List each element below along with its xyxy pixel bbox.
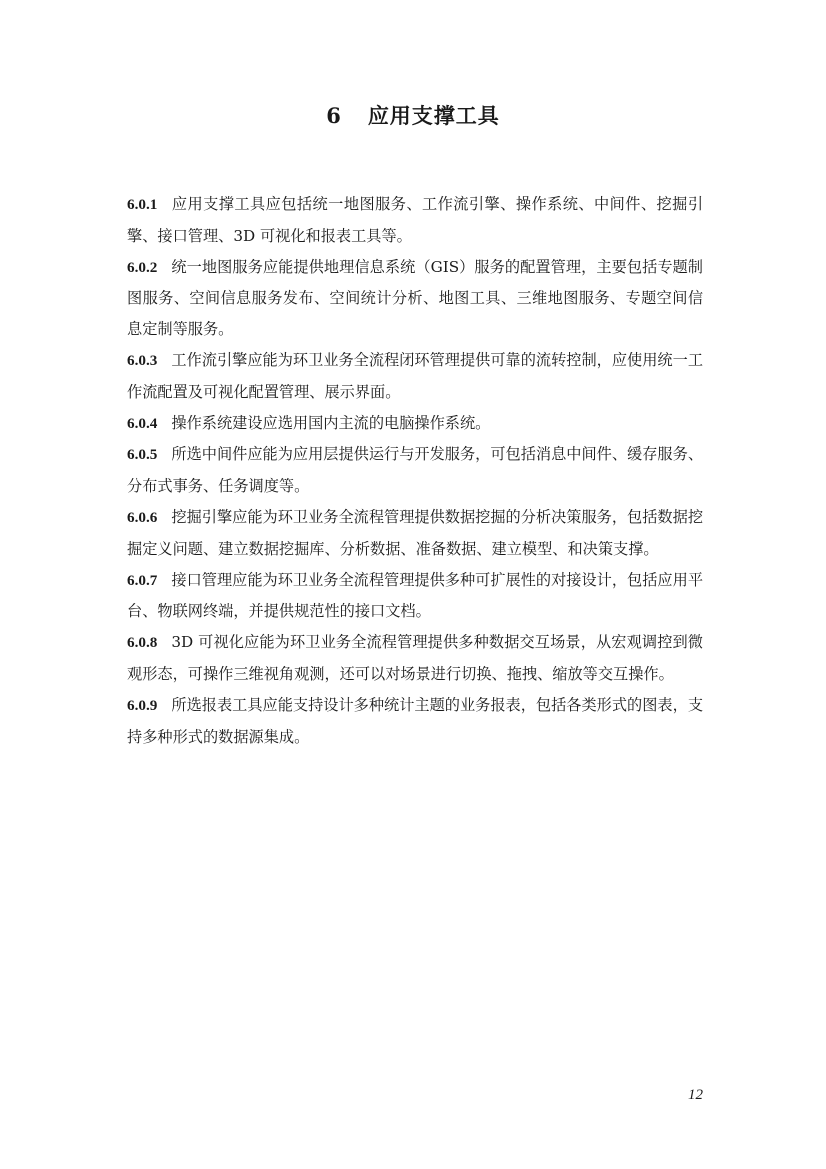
clause-number: 6.0.7 (127, 572, 157, 589)
clause-number: 6.0.3 (127, 352, 157, 369)
clause: 6.0.83D 可视化应能为环卫业务全流程管理提供多种数据交互场景，从宏观调控到… (127, 627, 703, 690)
clause-number: 6.0.5 (127, 446, 157, 463)
chapter-heading: 6应用支撑工具 (0, 100, 826, 130)
clause-list: 6.0.1应用支撑工具应包括统一地图服务、工作流引擎、操作系统、中间件、挖掘引擎… (127, 189, 703, 752)
page-number: 12 (688, 1087, 704, 1104)
clause-number: 6.0.8 (127, 634, 157, 651)
clause-number: 6.0.2 (127, 259, 157, 276)
clause-number: 6.0.6 (127, 509, 157, 526)
chapter-number: 6 (326, 103, 342, 128)
chapter-title: 应用支撑工具 (368, 103, 500, 128)
clause-text: 挖掘引擎应能为环卫业务全流程管理提供数据挖掘的分析决策服务，包括数据挖掘定义问题… (127, 508, 703, 558)
clause-number: 6.0.1 (127, 196, 157, 213)
clause: 6.0.5所选中间件应能为应用层提供运行与开发服务，可包括消息中间件、缓存服务、… (127, 439, 703, 502)
clause-text: 应用支撑工具应包括统一地图服务、工作流引擎、操作系统、中间件、挖掘引擎、接口管理… (127, 195, 703, 245)
clause: 6.0.3工作流引擎应能为环卫业务全流程闭环管理提供可靠的流转控制，应使用统一工… (127, 345, 703, 408)
clause-text: 操作系统建设应选用国内主流的电脑操作系统。 (171, 414, 490, 432)
clause-text: 3D 可视化应能为环卫业务全流程管理提供多种数据交互场景，从宏观调控到微观形态，… (127, 633, 703, 683)
clause-text: 所选中间件应能为应用层提供运行与开发服务，可包括消息中间件、缓存服务、分布式事务… (127, 445, 703, 495)
clause: 6.0.4操作系统建设应选用国内主流的电脑操作系统。 (127, 408, 703, 440)
clause-number: 6.0.4 (127, 415, 157, 432)
clause-number: 6.0.9 (127, 697, 157, 714)
clause: 6.0.1应用支撑工具应包括统一地图服务、工作流引擎、操作系统、中间件、挖掘引擎… (127, 189, 703, 252)
clause: 6.0.6挖掘引擎应能为环卫业务全流程管理提供数据挖掘的分析决策服务，包括数据挖… (127, 502, 703, 565)
clause-text: 统一地图服务应能提供地理信息系统（GIS）服务的配置管理，主要包括专题制图服务、… (127, 258, 703, 339)
clause-text: 工作流引擎应能为环卫业务全流程闭环管理提供可靠的流转控制，应使用统一工作流配置及… (127, 351, 703, 401)
clause-text: 接口管理应能为环卫业务全流程管理提供多种可扩展性的对接设计，包括应用平台、物联网… (127, 571, 703, 621)
clause-text: 所选报表工具应能支持设计多种统计主题的业务报表，包括各类形式的图表，支持多种形式… (127, 696, 703, 746)
clause: 6.0.2统一地图服务应能提供地理信息系统（GIS）服务的配置管理，主要包括专题… (127, 252, 703, 345)
clause: 6.0.9所选报表工具应能支持设计多种统计主题的业务报表，包括各类形式的图表，支… (127, 690, 703, 753)
clause: 6.0.7接口管理应能为环卫业务全流程管理提供多种可扩展性的对接设计，包括应用平… (127, 565, 703, 628)
